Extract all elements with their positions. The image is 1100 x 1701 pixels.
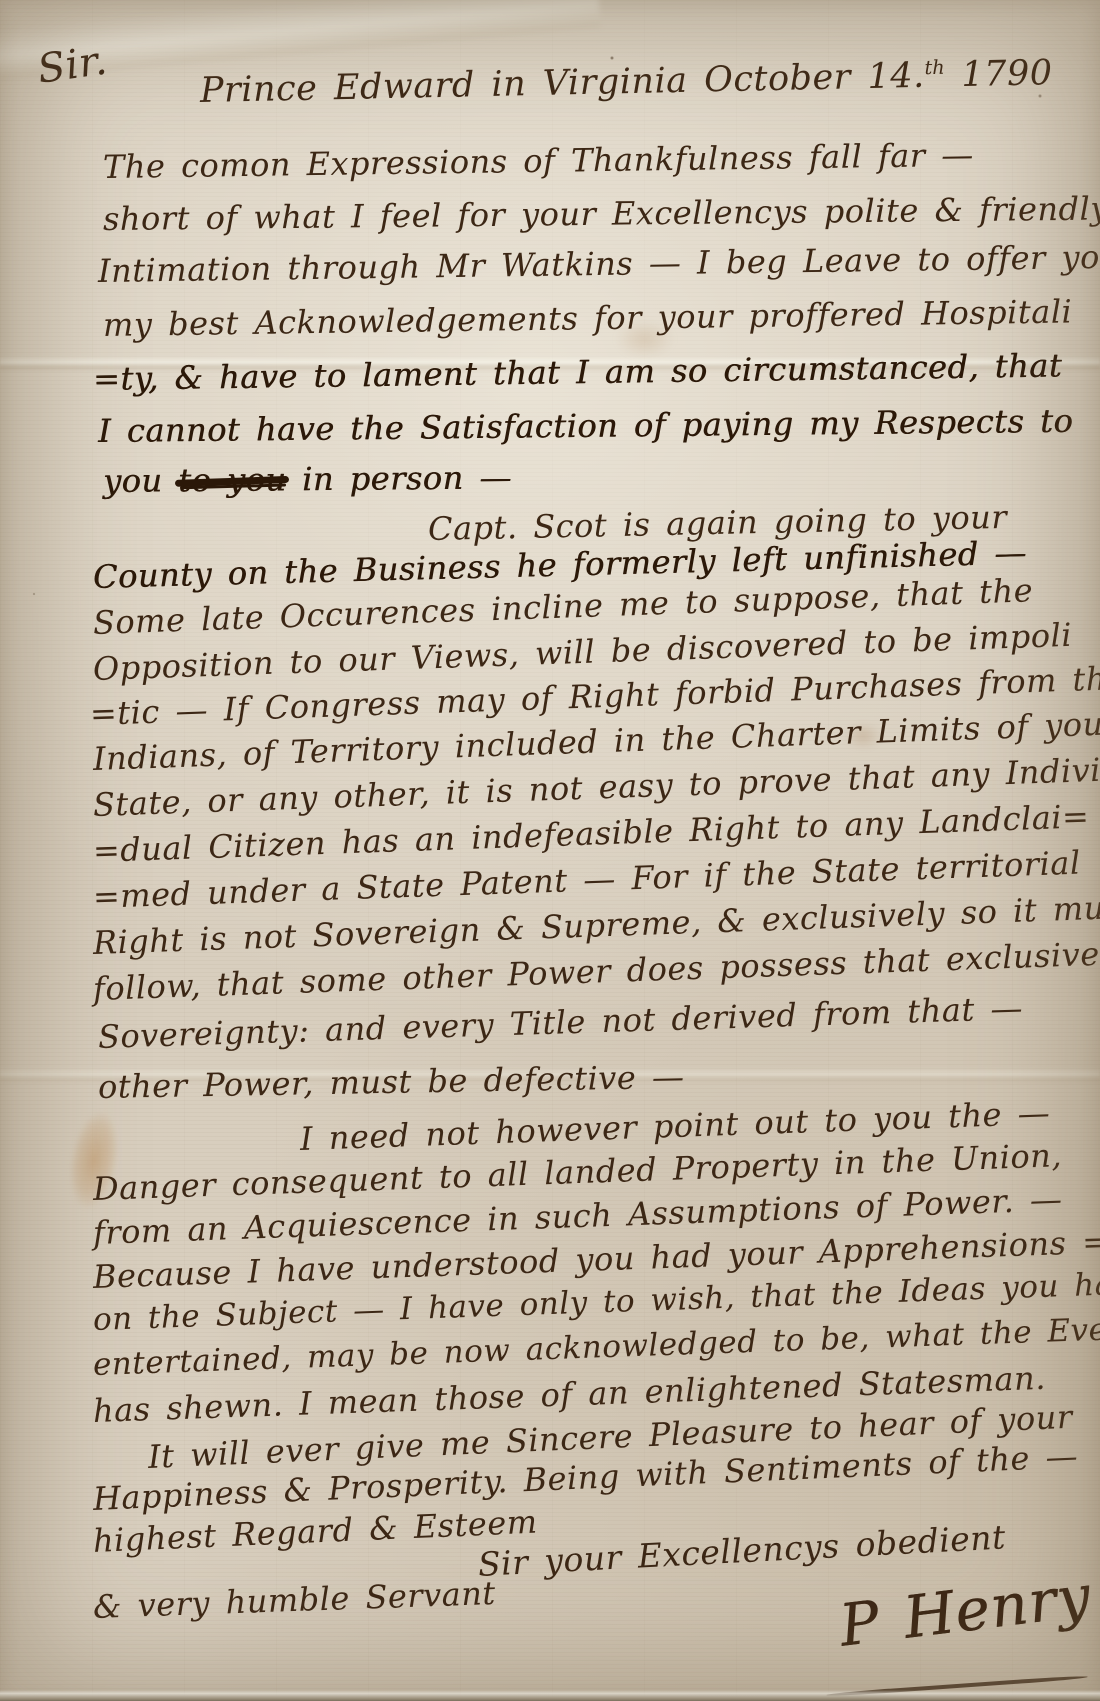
letter-line: I cannot have the Satisfaction of paying… — [98, 402, 1074, 451]
letter-line: my best Acknowledgements for your proffe… — [103, 292, 1073, 344]
struck-out-word: to you — [178, 460, 287, 499]
letter-line: other Power, must be defective — — [98, 1058, 685, 1107]
letter-line: The comon Expressions of Thankfulness fa… — [103, 136, 974, 187]
letter-line: Sir your Excellencys obedient — [477, 1517, 1007, 1584]
letter-line: short of what I feel for your Excellency… — [103, 189, 1100, 238]
letter-line: & very humble Servant — [92, 1574, 496, 1626]
letter-line: you to you in person — — [103, 458, 512, 500]
letter-line: =ty, & have to lament that I am so circu… — [93, 346, 1063, 398]
letter-line: Intimation through Mr Watkins — I beg Le… — [98, 237, 1100, 290]
letter-line: Prince Edward in Virginia October 14.th … — [200, 52, 1053, 112]
letter-body: Prince Edward in Virginia October 14.th … — [0, 0, 1100, 1701]
letter-page: Sir. Prince Edward in Virginia October 1… — [0, 0, 1100, 1701]
